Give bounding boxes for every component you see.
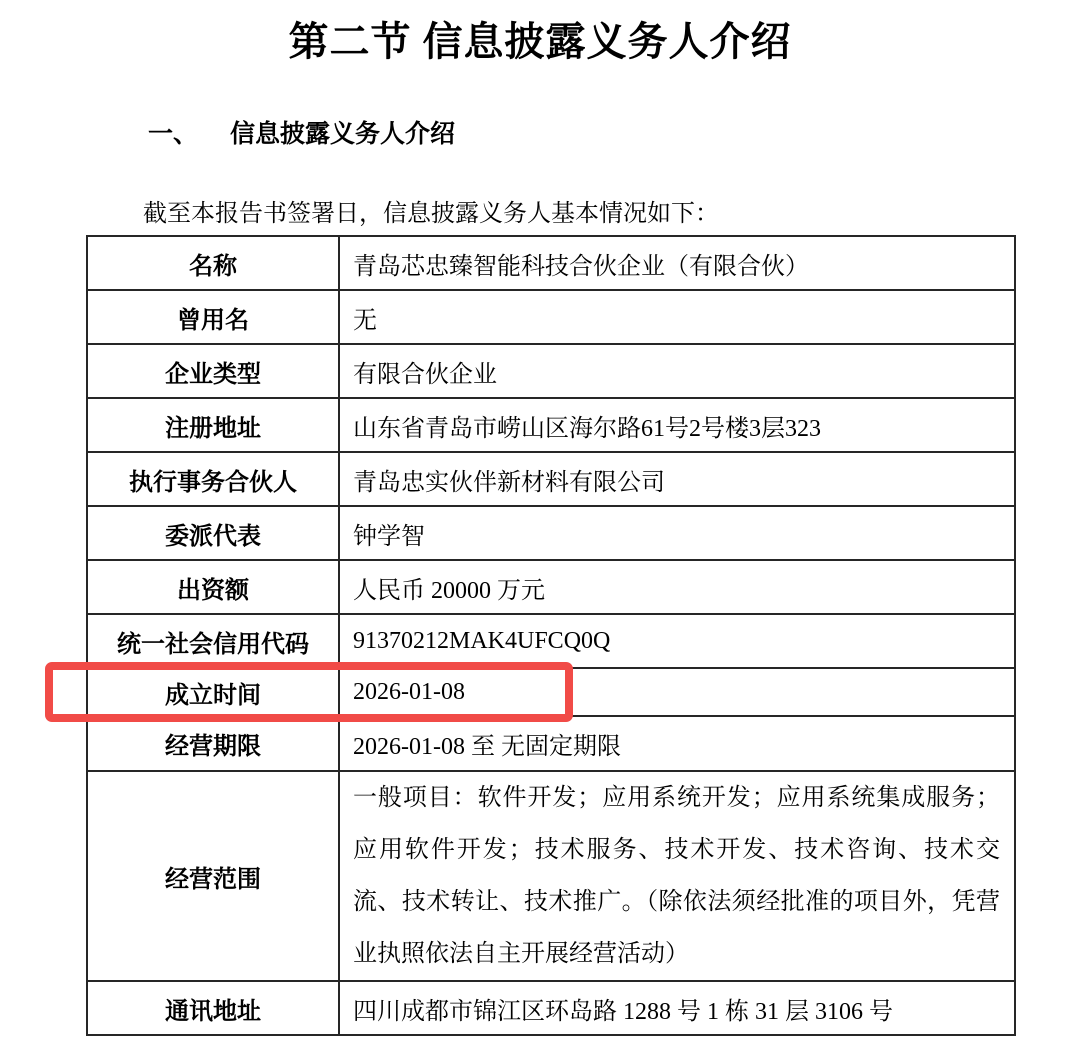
row-label: 注册地址	[87, 398, 339, 452]
row-value: 青岛芯忠臻智能科技合伙企业（有限合伙）	[339, 236, 1015, 290]
row-label: 执行事务合伙人	[87, 452, 339, 506]
table-row: 成立时间 2026-01-08	[87, 668, 1015, 716]
row-label: 成立时间	[87, 668, 339, 716]
row-label: 名称	[87, 236, 339, 290]
info-table-body: 名称 青岛芯忠臻智能科技合伙企业（有限合伙） 曾用名 无 企业类型 有限合伙企业…	[87, 236, 1015, 1035]
info-table: 名称 青岛芯忠臻智能科技合伙企业（有限合伙） 曾用名 无 企业类型 有限合伙企业…	[86, 235, 1016, 1036]
row-value: 山东省青岛市崂山区海尔路61号2号楼3层323	[339, 398, 1015, 452]
row-label: 曾用名	[87, 290, 339, 344]
table-row: 经营范围 一般项目：软件开发；应用系统开发；应用系统集成服务；应用软件开发；技术…	[87, 771, 1015, 981]
row-label: 企业类型	[87, 344, 339, 398]
row-value: 钟学智	[339, 506, 1015, 560]
table-row: 出资额 人民币 20000 万元	[87, 560, 1015, 614]
section-number: 一、	[148, 114, 198, 150]
row-value: 人民币 20000 万元	[339, 560, 1015, 614]
table-row: 名称 青岛芯忠臻智能科技合伙企业（有限合伙）	[87, 236, 1015, 290]
row-value: 一般项目：软件开发；应用系统开发；应用系统集成服务；应用软件开发；技术服务、技术…	[339, 771, 1015, 981]
document-page: { "page": { "title": "第二节 信息披露义务人介绍", "s…	[0, 0, 1080, 1051]
row-label: 委派代表	[87, 506, 339, 560]
row-value: 无	[339, 290, 1015, 344]
row-label: 经营期限	[87, 716, 339, 771]
row-value: 青岛忠实伙伴新材料有限公司	[339, 452, 1015, 506]
section-heading: 一、 信息披露义务人介绍	[148, 114, 455, 150]
row-value: 四川成都市锦江区环岛路 1288 号 1 栋 31 层 3106 号	[339, 981, 1015, 1035]
table-row: 企业类型 有限合伙企业	[87, 344, 1015, 398]
section-title: 信息披露义务人介绍	[230, 114, 455, 150]
table-row: 委派代表 钟学智	[87, 506, 1015, 560]
table-row: 执行事务合伙人 青岛忠实伙伴新材料有限公司	[87, 452, 1015, 506]
row-label: 通讯地址	[87, 981, 339, 1035]
row-label: 出资额	[87, 560, 339, 614]
intro-text: 截至本报告书签署日，信息披露义务人基本情况如下：	[143, 193, 719, 228]
table-row: 通讯地址 四川成都市锦江区环岛路 1288 号 1 栋 31 层 3106 号	[87, 981, 1015, 1035]
row-label: 经营范围	[87, 771, 339, 981]
row-value: 91370212MAK4UFCQ0Q	[339, 614, 1015, 668]
table-row: 注册地址 山东省青岛市崂山区海尔路61号2号楼3层323	[87, 398, 1015, 452]
row-value: 有限合伙企业	[339, 344, 1015, 398]
document-title: 第二节 信息披露义务人介绍	[0, 10, 1080, 67]
row-value: 2026-01-08	[339, 668, 1015, 716]
table-row: 经营期限 2026-01-08 至 无固定期限	[87, 716, 1015, 771]
table-row: 曾用名 无	[87, 290, 1015, 344]
row-value: 2026-01-08 至 无固定期限	[339, 716, 1015, 771]
row-label: 统一社会信用代码	[87, 614, 339, 668]
table-row: 统一社会信用代码 91370212MAK4UFCQ0Q	[87, 614, 1015, 668]
